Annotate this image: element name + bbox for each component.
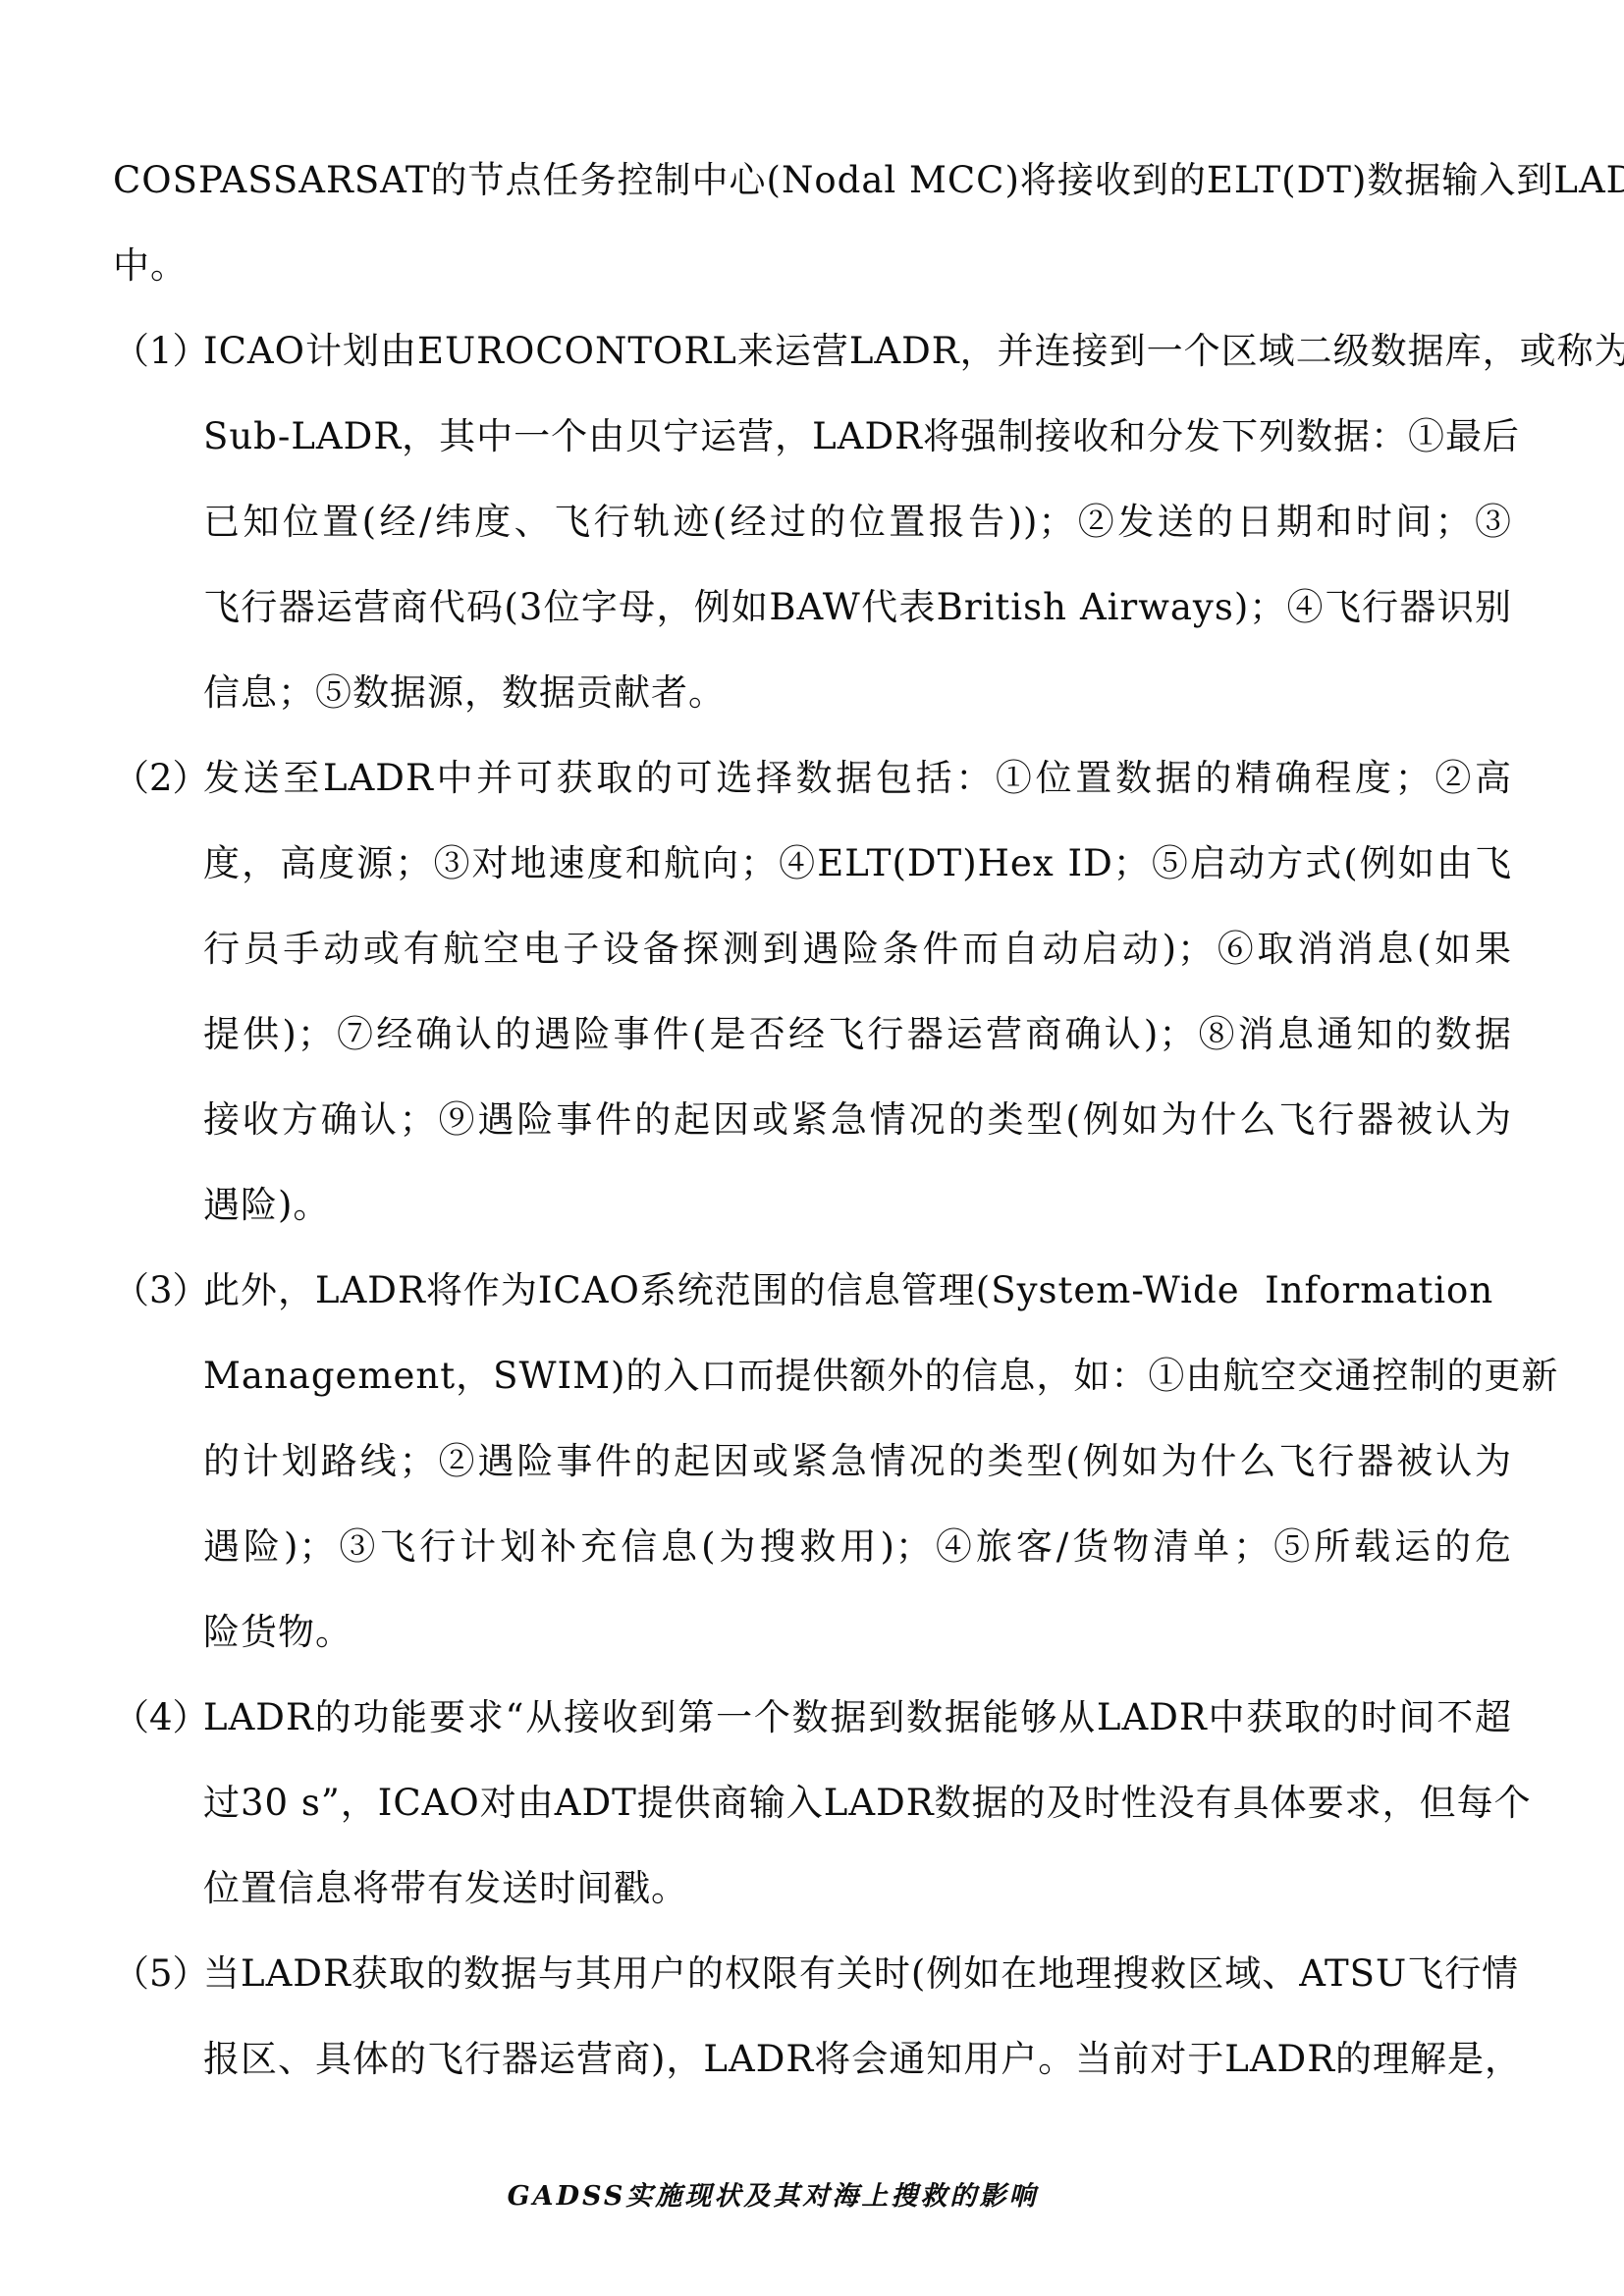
footer-title: GADSS实施现状及其对海上搜救的影响 — [508, 2181, 1039, 2212]
text-line: 发送至LADR中并可获取的可选择数据包括：①位置数据的精确程度；②高 — [203, 735, 1512, 821]
text-line: 提供)；⑦经确认的遇险事件(是否经飞行器运营商确认)；⑧消息通知的数据 — [203, 991, 1512, 1077]
document-page: COSPASSARSAT的节点任务控制中心(Nodal MCC)将接收到的ELT… — [0, 0, 1624, 2296]
numbered-paragraph-2: （2） 发送至LADR中并可获取的可选择数据包括：①位置数据的精确程度；②高 度… — [113, 735, 1512, 1248]
text-line: 接收方确认；⑨遇险事件的起因或紧急情况的类型(例如为什么飞行器被认为 — [203, 1077, 1512, 1162]
text-line: 度，高度源；③对地速度和航向；④ELT(DT)Hex ID；⑤启动方式(例如由飞 — [203, 821, 1512, 906]
text-line: 信息；⑤数据源，数据贡献者。 — [203, 650, 1512, 735]
text-line: 此外，LADR将作为ICAO系统范围的信息管理(System-Wide Info… — [203, 1248, 1512, 1333]
text-line: 过30 s”，ICAO对由ADT提供商输入LADR数据的及时性没有具体要求，但每… — [203, 1760, 1512, 1845]
text-line: ICAO计划由EUROCONTORL来运营LADR，并连接到一个区域二级数据库，… — [203, 308, 1512, 394]
page-footer: GADSS实施现状及其对海上搜救的影响 — [0, 2177, 1585, 2216]
text-line: 遇险)；③飞行计划补充信息(为搜救用)；④旅客/货物清单；⑤所载运的危 — [203, 1504, 1512, 1589]
intro-paragraph: COSPASSARSAT的节点任务控制中心(Nodal MCC)将接收到的ELT… — [113, 137, 1512, 308]
numbered-paragraph-4: （4） LADR的功能要求“从接收到第一个数据到数据能够从LADR中获取的时间不… — [113, 1675, 1512, 1931]
paragraph-number: （3） — [113, 1248, 209, 1333]
text-line: 行员手动或有航空电子设备探测到遇险条件而自动启动)；⑥取消消息(如果 — [203, 906, 1512, 991]
text-line: Management，SWIM)的入口而提供额外的信息，如：①由航空交通控制的更… — [203, 1333, 1512, 1418]
numbered-paragraph-1: （1） ICAO计划由EUROCONTORL来运营LADR，并连接到一个区域二级… — [113, 308, 1512, 735]
paragraph-number: （2） — [113, 735, 209, 821]
body-text: COSPASSARSAT的节点任务控制中心(Nodal MCC)将接收到的ELT… — [113, 137, 1512, 2102]
numbered-paragraph-5: （5） 当LADR获取的数据与其用户的权限有关时(例如在地理搜救区域、ATSU飞… — [113, 1931, 1512, 2102]
paragraph-number: （5） — [113, 1931, 209, 2016]
text-line: 已知位置(经/纬度、飞行轨迹(经过的位置报告))；②发送的日期和时间；③ — [203, 479, 1512, 564]
text-line: COSPASSARSAT的节点任务控制中心(Nodal MCC)将接收到的ELT… — [113, 137, 1512, 223]
text-line: 的计划路线；②遇险事件的起因或紧急情况的类型(例如为什么飞行器被认为 — [203, 1418, 1512, 1504]
numbered-paragraph-3: （3） 此外，LADR将作为ICAO系统范围的信息管理(System-Wide … — [113, 1248, 1512, 1675]
text-line: 中。 — [113, 223, 1512, 308]
text-line: Sub-LADR，其中一个由贝宁运营，LADR将强制接收和分发下列数据：①最后 — [203, 394, 1512, 479]
text-line: LADR的功能要求“从接收到第一个数据到数据能够从LADR中获取的时间不超 — [203, 1675, 1512, 1760]
text-line: 当LADR获取的数据与其用户的权限有关时(例如在地理搜救区域、ATSU飞行情 — [203, 1931, 1512, 2016]
text-line: 遇险)。 — [203, 1162, 1512, 1248]
text-line: 位置信息将带有发送时间戳。 — [203, 1845, 1512, 1931]
text-line: 报区、具体的飞行器运营商)，LADR将会通知用户。当前对于LADR的理解是， — [203, 2016, 1512, 2102]
paragraph-number: （4） — [113, 1675, 209, 1760]
text-line: 险货物。 — [203, 1589, 1512, 1675]
text-line: 飞行器运营商代码(3位字母，例如BAW代表British Airways)；④飞… — [203, 564, 1512, 650]
paragraph-number: （1） — [113, 308, 209, 394]
